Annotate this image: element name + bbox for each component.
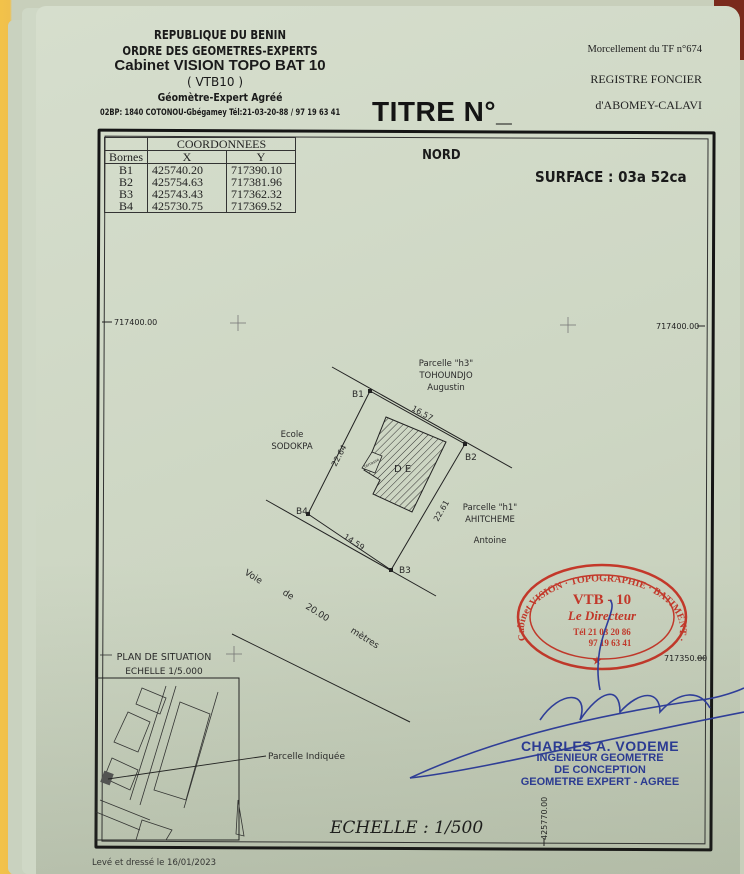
signatory-title-1: INGENIEUR GEOMETRE	[480, 752, 720, 764]
scale-label: ECHELLE : 1/500	[330, 818, 483, 838]
svg-text:Tél 21 03 20 86: Tél 21 03 20 86	[573, 627, 631, 637]
distance-b4-b1: 22.64	[330, 443, 349, 467]
signatory-title-3: GEOMETRE EXPERT - AGREE	[480, 776, 720, 788]
svg-text:20.00: 20.00	[303, 602, 330, 624]
borne-b2: B2	[465, 453, 477, 463]
svg-text:VTB - 10: VTB - 10	[573, 592, 631, 608]
svg-text:de: de	[280, 588, 295, 603]
svg-text:Voie: Voie	[242, 568, 264, 587]
signatory-title-2: DE CONCEPTION	[480, 764, 720, 776]
svg-text:★: ★	[593, 656, 602, 667]
svg-text:PLAN DE SITUATION: PLAN DE SITUATION	[117, 652, 212, 663]
building-label: D E	[394, 464, 411, 475]
neighbor-east-2: AHITCHEME	[465, 515, 515, 525]
neighbor-north-1: Parcelle "h3"	[419, 359, 474, 369]
svg-text:97 19 63 41: 97 19 63 41	[589, 638, 632, 648]
svg-text:Cabinet VISION · TOPOGRAPHIE ·: Cabinet VISION · TOPOGRAPHIE · BATIMENT …	[0, 0, 688, 643]
signature-block: CHARLES A. VODEME INGENIEUR GEOMETRE DE …	[480, 740, 720, 788]
neighbor-north-3: Augustin	[427, 383, 465, 393]
neighbor-east-3: Antoine	[474, 536, 507, 546]
situation-plan: PLAN DE SITUATION ECHELLE 1/5.000 Parcel…	[96, 652, 345, 840]
survey-date: Levé et dressé le 16/01/2023	[92, 858, 216, 868]
svg-text:ECHELLE 1/5.000: ECHELLE 1/5.000	[125, 667, 203, 677]
neighbor-north-2: TOHOUNDJO	[418, 371, 473, 381]
neighbor-west-2: SODOKPA	[271, 442, 312, 452]
svg-text:mètres: mètres	[348, 625, 381, 651]
signatory-name: CHARLES A. VODEME	[480, 740, 720, 752]
borne-b1: B1	[352, 390, 364, 400]
situation-pointer-label: Parcelle Indiquée	[268, 751, 345, 762]
distance-b2-b3: 22.61	[432, 499, 451, 523]
neighbor-east-1: Parcelle "h1"	[463, 503, 518, 513]
neighbor-west-1: Ecole	[281, 430, 304, 440]
borne-b4: B4	[296, 507, 308, 517]
svg-text:Le Directeur: Le Directeur	[567, 608, 637, 623]
borne-b3: B3	[399, 566, 411, 576]
stamp: Cabinet VISION · TOPOGRAPHIE · BATIMENT …	[0, 0, 688, 669]
